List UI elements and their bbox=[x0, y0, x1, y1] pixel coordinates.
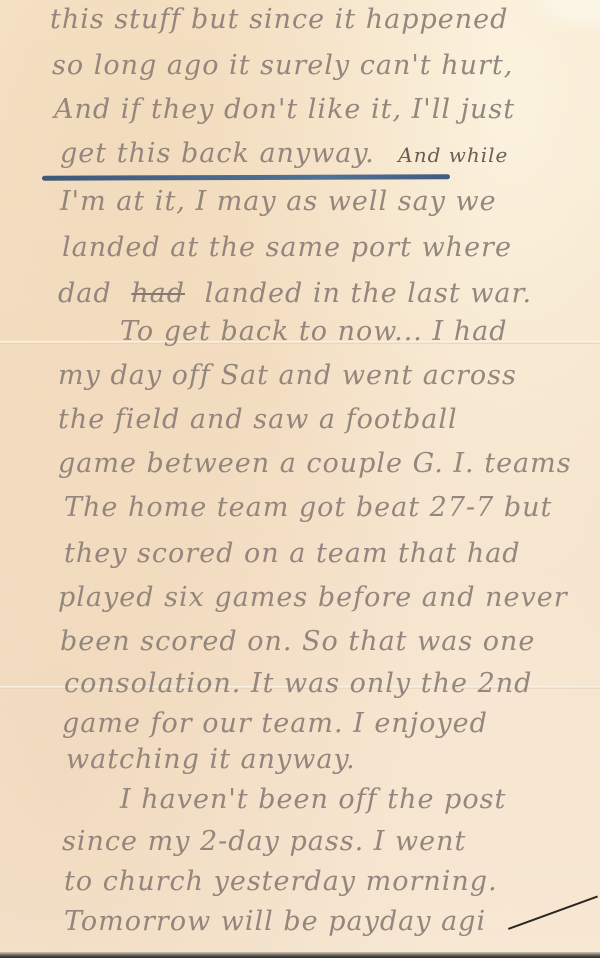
letter-line: consolation. It was only the 2nd bbox=[0, 668, 600, 699]
letter-line: To get back to now... I had bbox=[0, 316, 600, 347]
letter-line: so long ago it surely can't hurt, bbox=[0, 50, 600, 81]
letter-line: to church yesterday morning. bbox=[0, 866, 600, 897]
line-text: And if they don't like it, I'll just bbox=[54, 94, 515, 125]
line-text: this stuff but since it happened bbox=[50, 4, 508, 35]
line-text: played six games before and never bbox=[58, 582, 568, 613]
line-text: the field and saw a football bbox=[58, 404, 458, 435]
line-text: game between a couple G. I. teams bbox=[58, 448, 572, 479]
line-text: dad bbox=[58, 278, 112, 309]
letter-line: I'm at it, I may as well say we bbox=[0, 186, 600, 217]
struck-out-word: had bbox=[131, 278, 185, 309]
letter-line: they scored on a team that had bbox=[0, 538, 600, 569]
line-text: since my 2-day pass. I went bbox=[62, 826, 466, 857]
blue-pencil-underline bbox=[42, 174, 450, 180]
line-text: game for our team. I enjoyed bbox=[62, 708, 488, 739]
line-text: I'm at it, I may as well say we bbox=[60, 186, 497, 217]
line-text: watching it anyway. bbox=[66, 744, 356, 775]
letter-line: the field and saw a football bbox=[0, 404, 600, 435]
line-text: been scored on. So that was one bbox=[60, 626, 535, 657]
line-text-tail: And while bbox=[398, 143, 508, 167]
letter-line: The home team got beat 27-7 but bbox=[0, 492, 600, 523]
line-text: landed in the last war. bbox=[205, 278, 532, 309]
letter-line: get this back anyway. And while bbox=[0, 138, 600, 169]
letter-line: been scored on. So that was one bbox=[0, 626, 600, 657]
line-text: to church yesterday morning. bbox=[64, 866, 498, 897]
line-text: so long ago it surely can't hurt, bbox=[52, 50, 513, 81]
line-text: landed at the same port where bbox=[62, 232, 512, 263]
line-text: consolation. It was only the 2nd bbox=[64, 668, 532, 699]
paragraph-start: To get back to now... I had bbox=[120, 316, 507, 347]
underlined-text: get this back anyway. bbox=[60, 138, 375, 169]
letter-line: And if they don't like it, I'll just bbox=[0, 94, 600, 125]
letter-line: game between a couple G. I. teams bbox=[0, 448, 600, 479]
letter-page: this stuff but since it happened so long… bbox=[0, 0, 600, 958]
letter-line: I haven't been off the post bbox=[0, 784, 600, 815]
letter-line: my day off Sat and went across bbox=[0, 360, 600, 391]
letter-line: played six games before and never bbox=[0, 582, 600, 613]
letter-line: since my 2-day pass. I went bbox=[0, 826, 600, 857]
letter-line: this stuff but since it happened bbox=[0, 4, 600, 35]
letter-line: dad had landed in the last war. bbox=[0, 278, 600, 309]
scan-bottom-edge bbox=[0, 952, 600, 958]
letter-line: landed at the same port where bbox=[0, 232, 600, 263]
line-text: my day off Sat and went across bbox=[58, 360, 517, 391]
letter-line: game for our team. I enjoyed bbox=[0, 708, 600, 739]
letter-line: watching it anyway. bbox=[0, 744, 600, 775]
line-text: Tomorrow will be payday agi bbox=[64, 906, 486, 937]
paragraph-start: I haven't been off the post bbox=[120, 784, 506, 815]
letter-line: Tomorrow will be payday agi bbox=[0, 906, 600, 937]
line-text: The home team got beat 27-7 but bbox=[64, 492, 552, 523]
line-text: they scored on a team that had bbox=[64, 538, 521, 569]
